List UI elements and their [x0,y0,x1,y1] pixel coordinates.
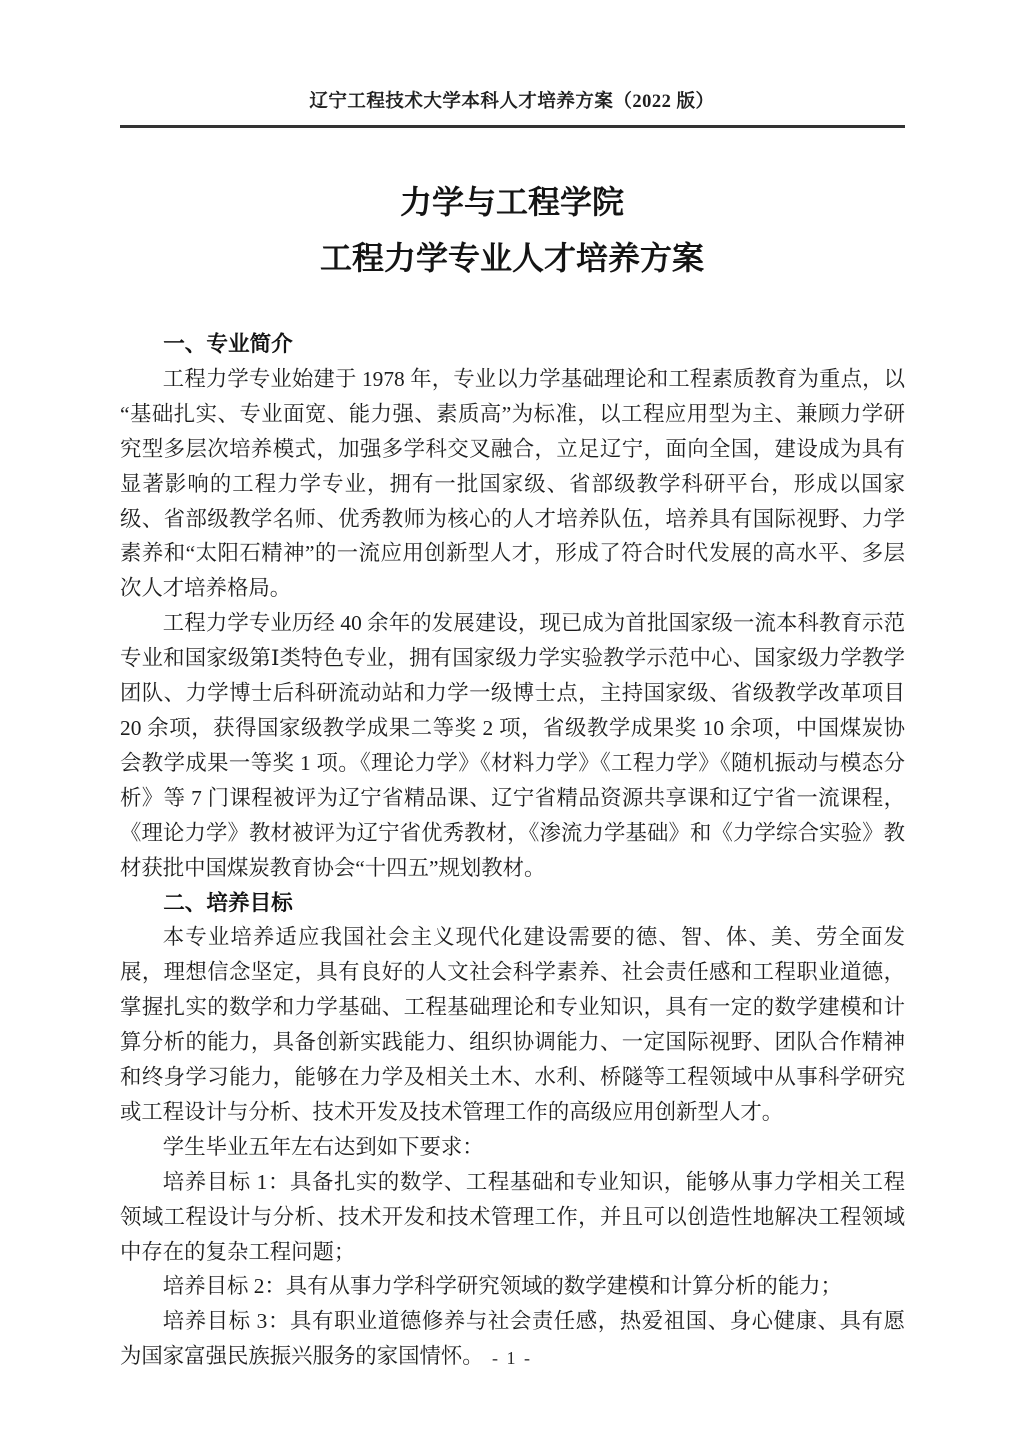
section-heading-objectives: 二、培养目标 [120,886,905,921]
section-heading-intro: 一、专业简介 [120,327,905,362]
paragraph-graduate-requirements-lead: 学生毕业五年左右达到如下要求： [120,1130,905,1165]
paragraph-intro-2: 工程力学专业历经 40 余年的发展建设，现已成为首批国家级一流本科教育示范专业和… [120,606,905,885]
title-line-1: 力学与工程学院 [0,174,1024,230]
page-number: - 1 - [0,1348,1024,1369]
title-line-2: 工程力学专业人才培养方案 [0,230,1024,286]
paragraph-objective-1: 培养目标 1：具备扎实的数学、工程基础和专业知识，能够从事力学相关工程领域工程设… [120,1165,905,1270]
header-rule [120,125,905,128]
document-body: 一、专业简介 工程力学专业始建于 1978 年，专业以力学基础理论和工程素质教育… [120,327,905,1374]
paragraph-objective-2: 培养目标 2：具有从事力学科学研究领域的数学建模和计算分析的能力； [120,1269,905,1304]
paragraph-intro-1: 工程力学专业始建于 1978 年，专业以力学基础理论和工程素质教育为重点，以“基… [120,362,905,606]
paragraph-objectives-overview: 本专业培养适应我国社会主义现代化建设需要的德、智、体、美、劳全面发展，理想信念坚… [120,920,905,1129]
running-header: 辽宁工程技术大学本科人才培养方案（2022 版） [0,87,1024,113]
document-title: 力学与工程学院 工程力学专业人才培养方案 [0,174,1024,286]
